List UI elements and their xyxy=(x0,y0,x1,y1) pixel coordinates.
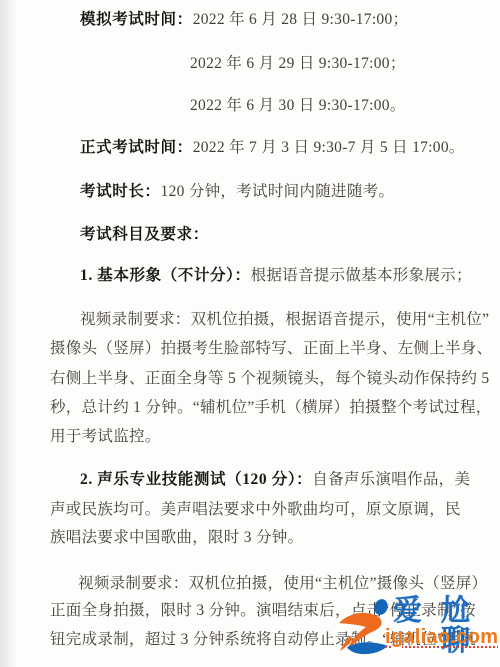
doc-line: 右侧上半身、正面全身等 5 个视频镜头，每个镜头动作保持约 5 xyxy=(50,369,489,389)
line-heading: 模拟考试时间： xyxy=(80,11,193,28)
doc-line: 声或民族均可。美声唱法要求中外歌曲均可，原文原调，民 xyxy=(50,500,461,520)
doc-line: 考试科目及要求： xyxy=(80,225,209,245)
line-text: 自备声乐演唱作品，美 xyxy=(312,471,470,488)
doc-line: 正式考试时间：2022 年 7 月 3 日 9:30-7 月 5 日 17:00… xyxy=(80,138,465,158)
doc-line: 摄像头（竖屏）拍摄考生脸部特写、正面上半身、左侧上半身、 xyxy=(50,339,492,359)
line-text: 2022 年 6 月 29 日 9:30-17:00； xyxy=(190,55,406,72)
doc-line: 2022 年 6 月 29 日 9:30-17:00； xyxy=(190,54,406,74)
doc-line: 2. 声乐专业技能测试（120 分）：自备声乐演唱作品，美 xyxy=(80,470,470,490)
watermark-domain-text: igaliao.com xyxy=(385,626,498,648)
line-text: 右侧上半身、正面全身等 5 个视频镜头，每个镜头动作保持约 5 xyxy=(50,370,489,387)
line-text: 摄像头（竖屏）拍摄考生脸部特写、正面上半身、左侧上半身、 xyxy=(50,340,492,357)
line-heading: 2. 声乐专业技能测试（120 分）： xyxy=(80,471,312,488)
line-text: 视频录制要求：双机位拍摄，使用“主机位”摄像头（竖屏） xyxy=(78,575,487,592)
doc-line: 视频录制要求：双机位拍摄，根据语音提示，使用“主机位” xyxy=(80,310,489,330)
line-text: 声或民族均可。美声唱法要求中外歌曲均可，原文原调，民 xyxy=(50,501,461,518)
line-text: 秒，总计约 1 分钟。“辅机位”手机（横屏）拍摄整个考试过程， xyxy=(50,399,492,416)
line-text: 2022 年 7 月 3 日 9:30-7 月 5 日 17:00。 xyxy=(193,139,465,156)
doc-line: 考试时长：120 分钟，考试时间内随进随考。 xyxy=(80,182,394,202)
doc-line: 秒，总计约 1 分钟。“辅机位”手机（横屏）拍摄整个考试过程， xyxy=(50,398,492,418)
line-heading: 考试科目及要求： xyxy=(80,226,209,243)
line-text: 根据语音提示做基本形象展示； xyxy=(251,267,472,284)
doc-line: 2022 年 6 月 30 日 9:30-17:00。 xyxy=(190,96,406,116)
doc-line: 模拟考试时间：2022 年 6 月 28 日 9:30-17:00； xyxy=(80,10,408,30)
line-heading: 考试时长： xyxy=(80,183,161,200)
doc-line: 用于考试监控。 xyxy=(50,427,161,447)
line-heading: 1. 基本形象（不计分）： xyxy=(80,267,251,284)
page-left-shadow xyxy=(0,0,16,667)
document-page: 模拟考试时间：2022 年 6 月 28 日 9:30-17:00； 2022 … xyxy=(0,0,500,667)
doc-line: 族唱法要求中国歌曲，限时 3 分钟。 xyxy=(50,528,303,548)
line-text: 2022 年 6 月 28 日 9:30-17:00； xyxy=(193,11,409,28)
doc-line: 视频录制要求：双机位拍摄，使用“主机位”摄像头（竖屏） xyxy=(78,574,487,594)
line-text: 视频录制要求：双机位拍摄，根据语音提示，使用“主机位” xyxy=(80,311,489,328)
watermark-brand-text: 爱 xyxy=(393,596,423,626)
line-heading: 正式考试时间： xyxy=(80,139,193,156)
line-text: 族唱法要求中国歌曲，限时 3 分钟。 xyxy=(50,529,303,546)
line-text: 120 分钟，考试时间内随进随考。 xyxy=(161,183,395,200)
line-text: 2022 年 6 月 30 日 9:30-17:00。 xyxy=(190,97,406,114)
doc-line: 1. 基本形象（不计分）：根据语音提示做基本形象展示； xyxy=(80,266,472,286)
line-text: 用于考试监控。 xyxy=(50,428,161,445)
